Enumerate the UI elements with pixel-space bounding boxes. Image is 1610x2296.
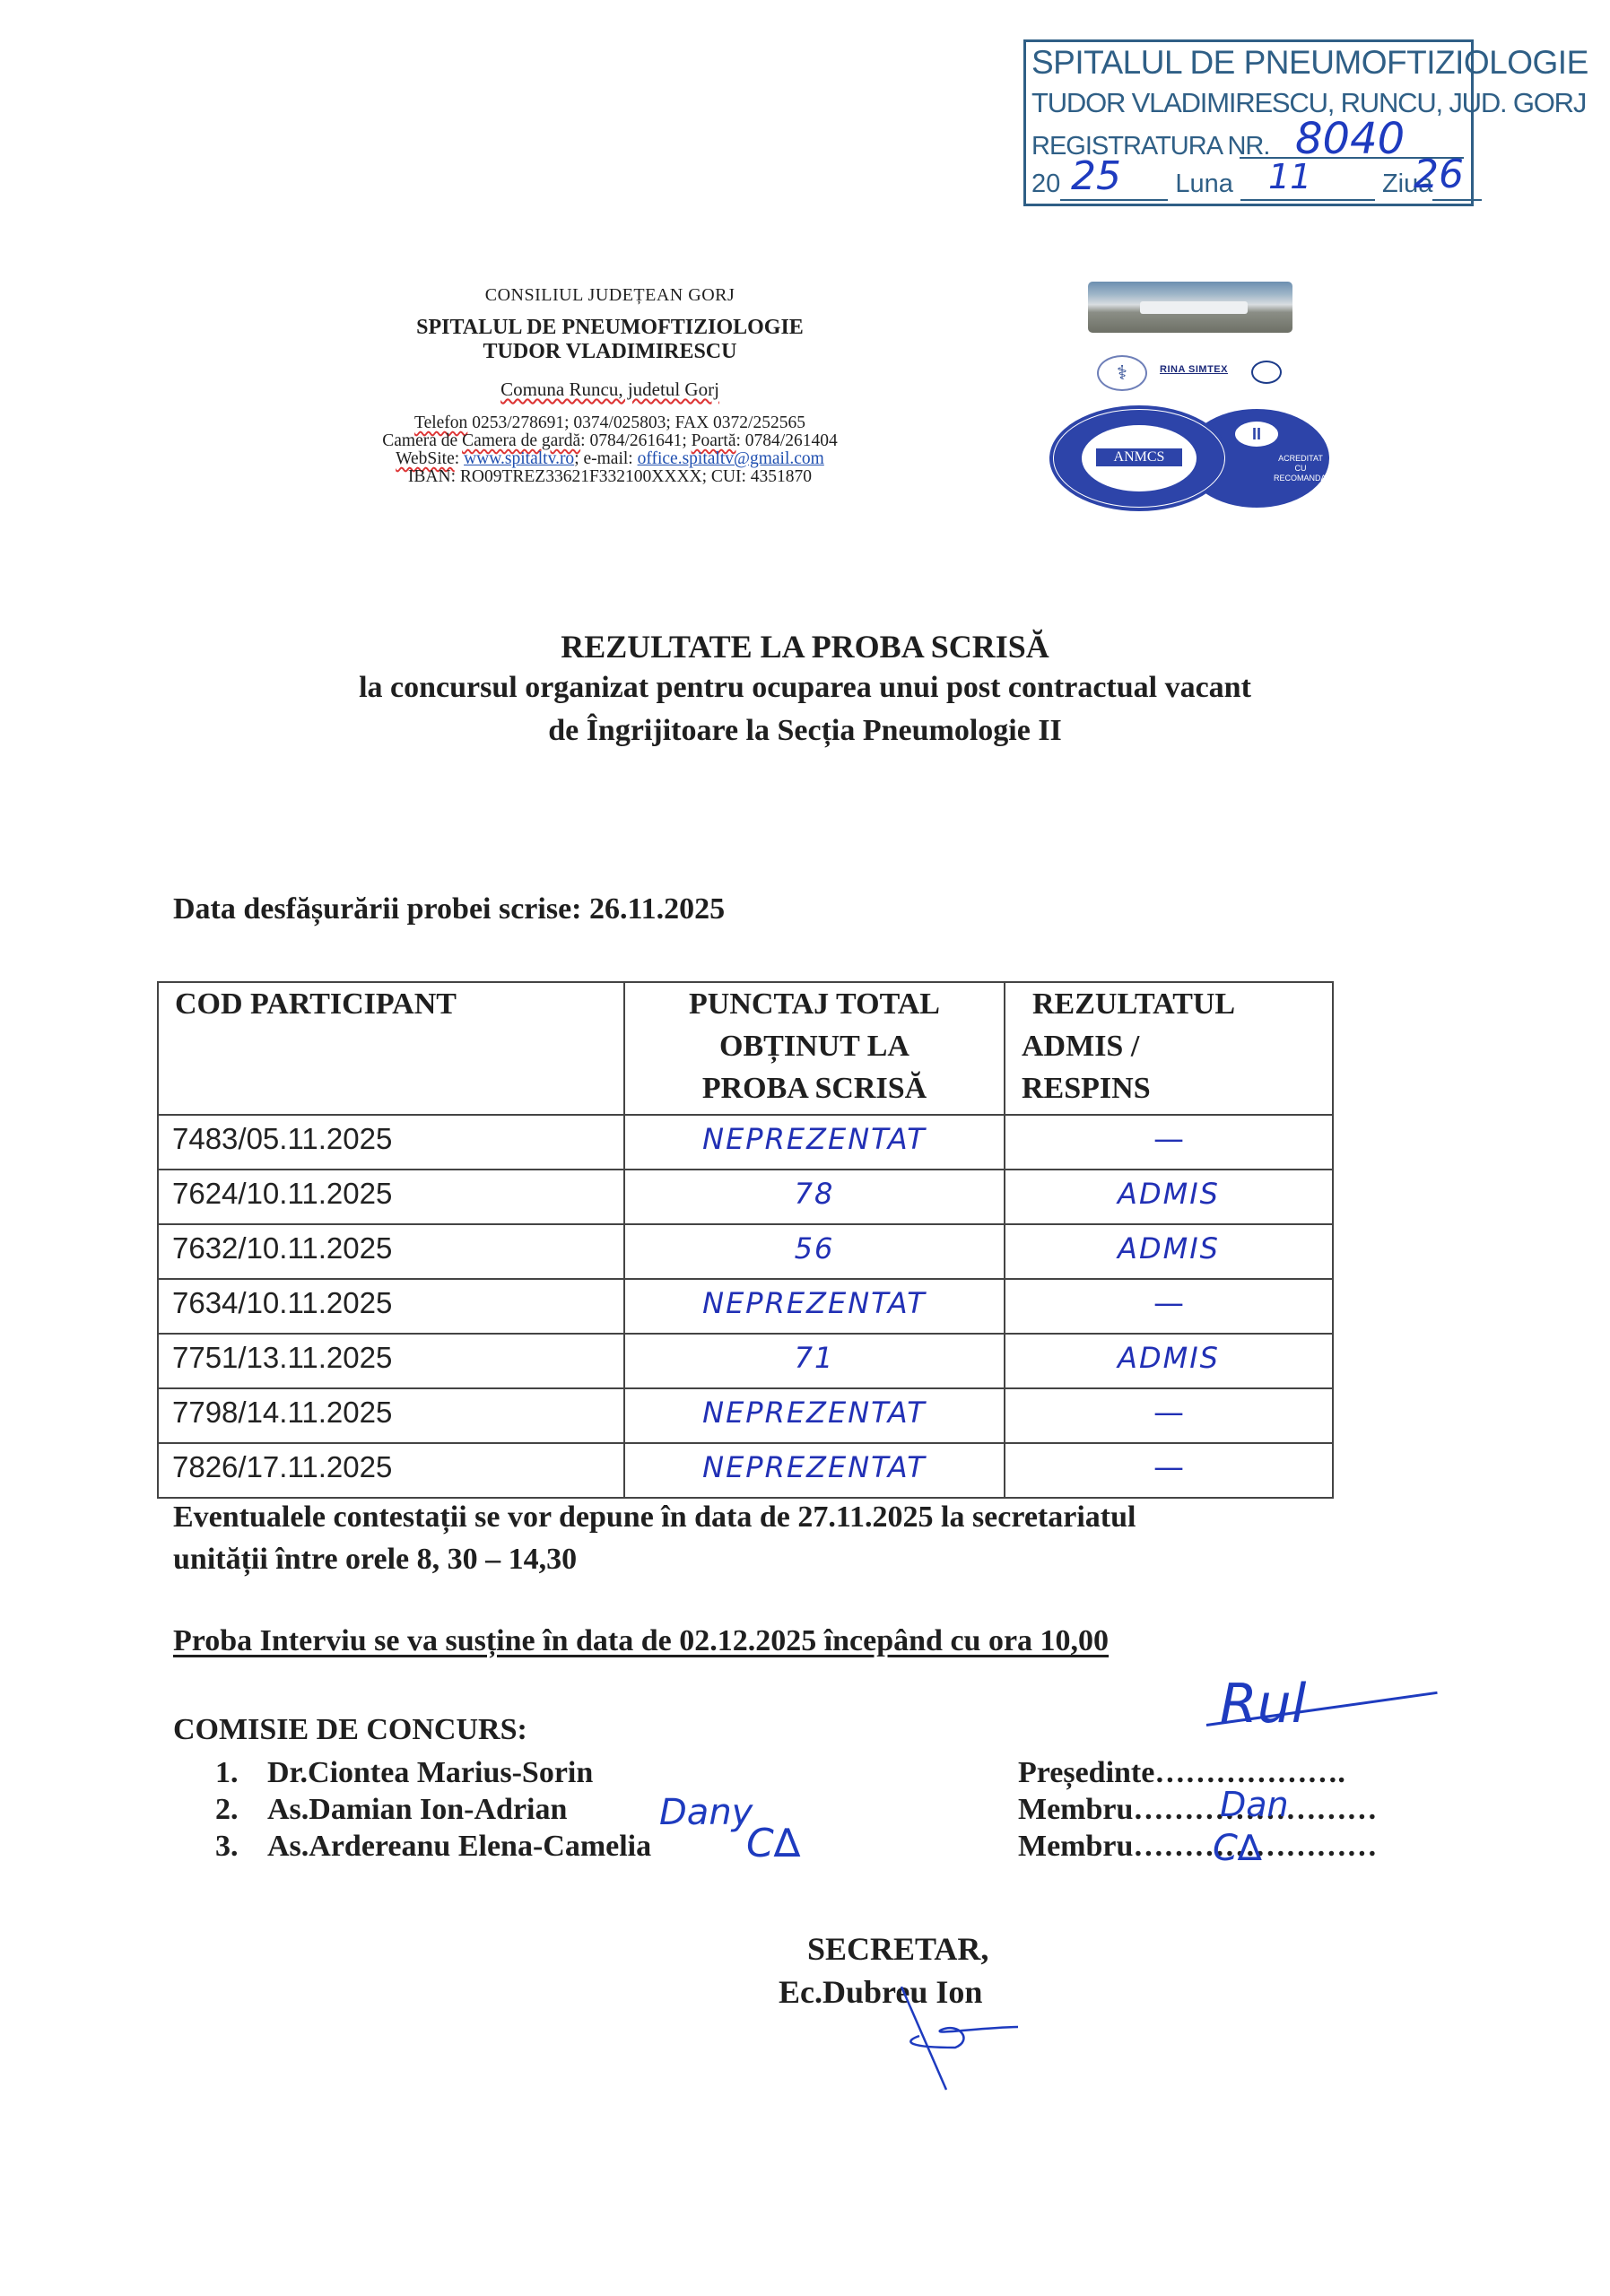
table-row: 7634/10.11.2025NEPREZENTAT—	[158, 1279, 1333, 1334]
stamp-hospital-name: SPITALUL DE PNEUMOFTIZIOLOGIE	[1031, 44, 1588, 82]
iban-line: IBAN: RO09TREZ33621F332100XXXX; CUI: 435…	[269, 468, 951, 486]
stamp-registry-label: REGISTRATURA NR.	[1031, 132, 1269, 161]
participant-score: 78	[624, 1170, 1005, 1224]
stamp-year: 25	[1071, 153, 1121, 199]
participant-result: —	[1005, 1279, 1333, 1334]
email-link[interactable]: office.spitaltv@gmail.com	[638, 449, 824, 468]
committee-roles: Președinte………………. Membru…………………… Membru……	[1018, 1754, 1377, 1865]
president-signature: Rul	[1220, 1673, 1306, 1735]
participant-score: NEPREZENTAT	[624, 1388, 1005, 1443]
role-member: Membru……………………	[1018, 1791, 1377, 1828]
participant-result: —	[1005, 1388, 1333, 1443]
secretary-signature	[892, 1987, 1018, 2094]
member3-inline-signature: C∆	[746, 1821, 800, 1866]
stamp-month-label: Luna	[1175, 170, 1233, 198]
committee-members: 1.Dr.Ciontea Marius-Sorin 2.As.Damian Io…	[215, 1754, 651, 1865]
table-row: 7798/14.11.2025NEPREZENTAT—	[158, 1388, 1333, 1443]
participant-code: 7634/10.11.2025	[158, 1279, 624, 1334]
participant-result: ADMIS	[1005, 1170, 1333, 1224]
results-table: COD PARTICIPANT PUNCTAJ TOTAL OBȚINUT LA…	[157, 981, 1334, 1499]
hospital-name-line2: TUDOR VLADIMIRESCU	[269, 340, 951, 364]
website-link[interactable]: www.spitaltv.ro	[464, 449, 574, 468]
cert-seal-icon	[1251, 361, 1282, 384]
participant-code: 7798/14.11.2025	[158, 1388, 624, 1443]
committee-title: COMISIE DE CONCURS:	[173, 1713, 527, 1747]
certification-text: RINA SIMTEX	[1160, 364, 1228, 375]
header-result: REZULTATUL ADMIS / RESPINS	[1005, 982, 1333, 1115]
table-header-row: COD PARTICIPANT PUNCTAJ TOTAL OBȚINUT LA…	[158, 982, 1333, 1115]
participant-result: ADMIS	[1005, 1334, 1333, 1388]
secretary-title: SECRETAR,	[807, 1930, 988, 1968]
role-president: Președinte……………….	[1018, 1754, 1377, 1791]
header-score: PUNCTAJ TOTAL OBȚINUT LA PROBA SCRISĂ	[624, 982, 1005, 1115]
member2-role-signature: Dan	[1220, 1785, 1289, 1824]
anmcs-seal: ANMCS	[1049, 405, 1229, 511]
certification-logo: ⚕ RINA SIMTEX	[1097, 355, 1285, 389]
exam-date: Data desfășurării probei scrise: 26.11.2…	[173, 892, 725, 926]
participant-result: ADMIS	[1005, 1224, 1333, 1279]
stamp-month: 11	[1268, 157, 1311, 196]
document-subtitle-line2: de Îngrijitoare la Secția Pneumologie II	[0, 714, 1610, 748]
participant-score: NEPREZENTAT	[624, 1279, 1005, 1334]
stamp-year-prefix: 20	[1031, 170, 1060, 198]
anmcs-accreditation-logo: II ACREDITAT CU RECOMANDARI ANMCS	[1049, 405, 1329, 511]
participant-result: —	[1005, 1443, 1333, 1498]
hospital-address: Comuna Runcu, judetul Gorj	[269, 378, 951, 401]
committee-member: 2.As.Damian Ion-Adrian	[215, 1791, 651, 1828]
committee-member: 1.Dr.Ciontea Marius-Sorin	[215, 1754, 651, 1791]
hospital-name: SPITALUL DE PNEUMOFTIZIOLOGIE TUDOR VLAD…	[269, 316, 951, 364]
member3-role-signature: C∆	[1213, 1828, 1262, 1869]
table-row: 7483/05.11.2025NEPREZENTAT—	[158, 1115, 1333, 1170]
document-subtitle-line1: la concursul organizat pentru ocuparea u…	[0, 671, 1610, 705]
participant-score: 56	[624, 1224, 1005, 1279]
committee-member: 3.As.Ardereanu Elena-Camelia	[215, 1828, 651, 1865]
participant-code: 7624/10.11.2025	[158, 1170, 624, 1224]
table-row: 7751/13.11.202571ADMIS	[158, 1334, 1333, 1388]
hospital-name-line1: SPITALUL DE PNEUMOFTIZIOLOGIE	[269, 316, 951, 340]
hospital-photo	[1088, 282, 1292, 333]
participant-result: —	[1005, 1115, 1333, 1170]
contact-block: Telefon 0253/278691; 0374/025803; FAX 03…	[269, 414, 951, 486]
appeals-notice: Eventualele contestații se vor depune în…	[173, 1496, 1136, 1580]
participant-code: 7826/17.11.2025	[158, 1443, 624, 1498]
building-shape	[1140, 301, 1248, 314]
member2-inline-signature: Dany	[659, 1792, 753, 1833]
participant-score: NEPREZENTAT	[624, 1115, 1005, 1170]
interview-notice: Proba Interviu se va susține în data de …	[173, 1620, 1109, 1662]
web-line: WebSite: www.spitaltv.ro; e-mail: office…	[269, 450, 951, 468]
role-member: Membru……………………	[1018, 1828, 1377, 1865]
phone-line: Telefon 0253/278691; 0374/025803; FAX 03…	[269, 414, 951, 432]
participant-score: 71	[624, 1334, 1005, 1388]
address-text: Comuna Runcu, judetul Gorj	[500, 378, 719, 400]
stamp-day: 26	[1414, 152, 1464, 197]
participant-code: 7632/10.11.2025	[158, 1224, 624, 1279]
participant-code: 7483/05.11.2025	[158, 1115, 624, 1170]
table-row: 7632/10.11.202556ADMIS	[158, 1224, 1333, 1279]
document-title: REZULTATE LA PROBA SCRISĂ	[0, 628, 1610, 665]
table-row: 7624/10.11.202578ADMIS	[158, 1170, 1333, 1224]
participant-code: 7751/13.11.2025	[158, 1334, 624, 1388]
participant-score: NEPREZENTAT	[624, 1443, 1005, 1498]
caduceus-icon: ⚕	[1097, 355, 1147, 391]
table-row: 7826/17.11.2025NEPREZENTAT—	[158, 1443, 1333, 1498]
guard-line: Camera de Camera de gardă: 0784/261641; …	[269, 432, 951, 450]
council-name: CONSILIUL JUDEȚEAN GORJ	[269, 285, 951, 306]
header-code: COD PARTICIPANT	[158, 982, 624, 1115]
registration-stamp: SPITALUL DE PNEUMOFTIZIOLOGIE TUDOR VLAD…	[1023, 39, 1474, 206]
